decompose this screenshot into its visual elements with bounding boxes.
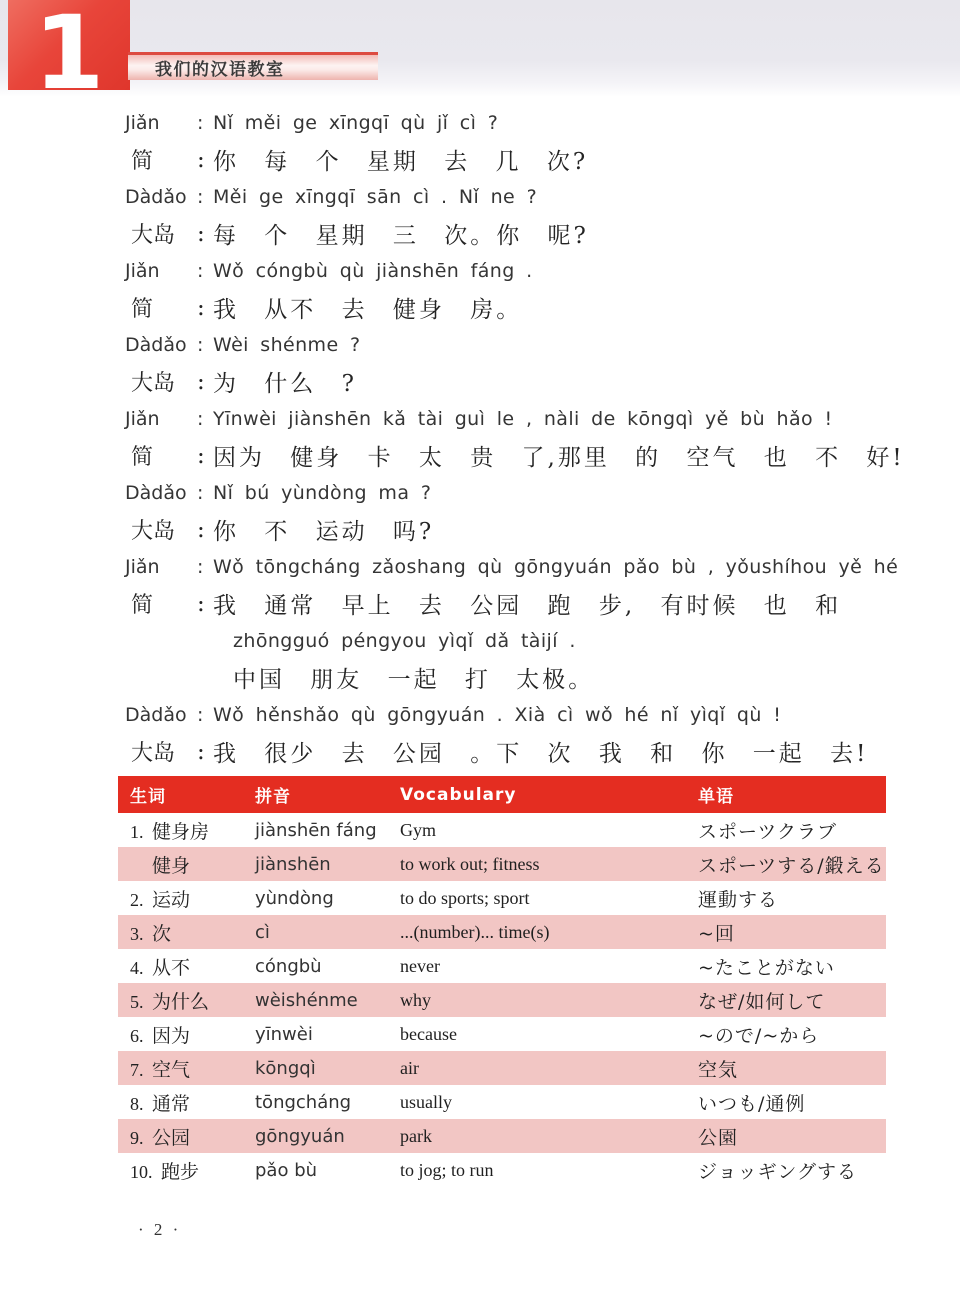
cell-word: 8. 通常: [118, 1085, 243, 1119]
textbook-page: 1 我们的汉语教室 Jiǎn:Nǐ měi ge xīngqī qù jǐ cì…: [0, 0, 960, 1299]
dialogue-line: Jiǎn:Wǒ tōngcháng zǎoshang qù gōngyuán p…: [125, 548, 895, 585]
speaker-label: Jiǎn: [125, 112, 197, 134]
word-number: 9.: [130, 1128, 152, 1148]
cell-vocab: usually: [388, 1085, 686, 1119]
cell-vocab: park: [388, 1119, 686, 1153]
dialogue-line: Jiǎn:Yīnwèi jiànshēn kǎ tài guì le , nàl…: [125, 400, 895, 437]
cell-pinyin: pǎo bù: [243, 1153, 388, 1187]
speaker-label: Jiǎn: [125, 556, 197, 578]
dialogue-text: 你 每 个 星期 去 几 次?: [213, 143, 895, 176]
vocab-row: 2. 运动yùndòngto do sports; sport運動する: [118, 881, 886, 915]
dialogue-text: Nǐ bú yùndòng ma ?: [213, 482, 895, 504]
dialogue-text: 你 不 运动 吗?: [213, 513, 895, 546]
word-hanzi: 公园: [152, 1127, 190, 1149]
vocab-header-cell: 生词: [118, 776, 243, 813]
vocab-header-cell: 拼音: [243, 776, 388, 813]
cell-word: 5. 为什么: [118, 983, 243, 1017]
page-number: · 2 ·: [138, 1220, 181, 1239]
cell-pinyin: tōngcháng: [243, 1085, 388, 1119]
dialogue-text: 中国 朋友 一起 打 太极。: [213, 661, 895, 694]
cell-pinyin: cì: [243, 915, 388, 949]
dialogue-line: Dàdǎo:Wǒ hěnshǎo qù gōngyuán . Xià cì wǒ…: [125, 696, 895, 733]
colon-separator: :: [197, 186, 213, 208]
word-hanzi: 从不: [152, 957, 190, 979]
vocab-row: 10. 跑步pǎo bùto jog; to runジョッギングする: [118, 1153, 886, 1187]
cell-japanese: 公園: [686, 1119, 886, 1153]
vocab-row: 9. 公园gōngyuánpark公園: [118, 1119, 886, 1153]
scan-shading-band: [0, 0, 960, 97]
speaker-label: 大岛: [125, 514, 197, 545]
word-hanzi: 运动: [152, 889, 190, 911]
word-hanzi: 健身房: [152, 821, 209, 843]
cell-word: 6. 因为: [118, 1017, 243, 1051]
word-number: 3.: [130, 924, 152, 944]
chapter-number-box: 1: [8, 0, 130, 90]
chapter-title-bar: 我们的汉语教室: [128, 52, 378, 80]
cell-word: 7. 空气: [118, 1051, 243, 1085]
colon-separator: :: [197, 369, 213, 395]
cell-pinyin: wèishénme: [243, 983, 388, 1017]
cell-japanese: いつも/通例: [686, 1085, 886, 1119]
dialogue-text: Wèi shénme ?: [213, 334, 895, 356]
cell-vocab: ...(number)... time(s): [388, 915, 686, 949]
word-number: 6.: [130, 1026, 152, 1046]
cell-pinyin: yīnwèi: [243, 1017, 388, 1051]
vocab-row: 3. 次cì...(number)... time(s)~回: [118, 915, 886, 949]
dialogue-line: 简:因为 健身 卡 太 贵 了,那里 的 空气 也 不 好!: [125, 437, 895, 474]
cell-word: 2. 运动: [118, 881, 243, 915]
vocab-table-wrap: 生词拼音Vocabulary单语 1. 健身房jiànshēn fángGymス…: [118, 776, 886, 1187]
dialogue-line: 简:我 从不 去 健身 房。: [125, 289, 895, 326]
dialogue-text: Měi ge xīngqī sān cì . Nǐ ne ?: [213, 186, 895, 208]
cell-vocab: never: [388, 949, 686, 983]
cell-japanese: ジョッギングする: [686, 1153, 886, 1187]
speaker-label: 简: [125, 440, 197, 471]
cell-japanese: なぜ/如何して: [686, 983, 886, 1017]
cell-pinyin: kōngqì: [243, 1051, 388, 1085]
word-hanzi: 通常: [152, 1093, 190, 1115]
cell-vocab: to do sports; sport: [388, 881, 686, 915]
dialogue-line: 大岛:每 个 星期 三 次。你 呢?: [125, 215, 895, 252]
dialogue-text: 为 什么 ?: [213, 365, 895, 398]
dialogue-line: 简:你 每 个 星期 去 几 次?: [125, 141, 895, 178]
dialogue-text: 因为 健身 卡 太 贵 了,那里 的 空气 也 不 好!: [213, 439, 905, 472]
cell-japanese: ~たことがない: [686, 949, 886, 983]
speaker-label: 简: [125, 144, 197, 175]
speaker-label: Dàdǎo: [125, 704, 197, 726]
word-number: 5.: [130, 992, 152, 1012]
colon-separator: :: [197, 443, 213, 469]
vocab-table-header-row: 生词拼音Vocabulary单语: [118, 776, 886, 813]
cell-word: 10. 跑步: [118, 1153, 243, 1187]
dialogue-text: 我 很少 去 公园 。下 次 我 和 你 一起 去!: [213, 735, 895, 768]
speaker-label: Dàdǎo: [125, 334, 197, 356]
dialogue-text: 我 从不 去 健身 房。: [213, 291, 895, 324]
speaker-label: Jiǎn: [125, 408, 197, 430]
dialogue-text: 我 通常 早上 去 公园 跑 步, 有时候 也 和: [213, 587, 895, 620]
cell-japanese: スポーツする/鍛える: [686, 847, 886, 881]
dialogue-line: 简:我 通常 早上 去 公园 跑 步, 有时候 也 和: [125, 585, 895, 622]
dialogue-text: Nǐ měi ge xīngqī qù jǐ cì ?: [213, 112, 895, 134]
cell-vocab: to jog; to run: [388, 1153, 686, 1187]
vocab-row: 1. 健身房jiànshēn fángGymスポーツクラブ: [118, 813, 886, 847]
cell-word: 4. 从不: [118, 949, 243, 983]
cell-vocab: because: [388, 1017, 686, 1051]
cell-vocab: air: [388, 1051, 686, 1085]
cell-vocab: Gym: [388, 813, 686, 847]
vocab-header-cell: 单语: [686, 776, 886, 813]
colon-separator: :: [197, 517, 213, 543]
cell-japanese: 運動する: [686, 881, 886, 915]
colon-separator: :: [197, 482, 213, 504]
chapter-title: 我们的汉语教室: [128, 55, 285, 80]
colon-separator: :: [197, 147, 213, 173]
dialogue-line: 大岛:为 什么 ?: [125, 363, 895, 400]
cell-pinyin: cóngbù: [243, 949, 388, 983]
cell-japanese: ~ので/~から: [686, 1017, 886, 1051]
dialogue-line: Jiǎn:Wǒ cóngbù qù jiànshēn fáng .: [125, 252, 895, 289]
vocab-row: 4. 从不cóngbùnever~たことがない: [118, 949, 886, 983]
cell-pinyin: gōngyuán: [243, 1119, 388, 1153]
dialogue-line: zhōngguó péngyou yìqǐ dǎ tàijí .: [125, 622, 895, 659]
dialogue-line: Dàdǎo:Nǐ bú yùndòng ma ?: [125, 474, 895, 511]
word-number: 2.: [130, 890, 152, 910]
dialogue-line: Dàdǎo:Wèi shénme ?: [125, 326, 895, 363]
page-footer: · 2 ·: [138, 1220, 181, 1240]
word-hanzi: 次: [152, 923, 171, 945]
speaker-label: Dàdǎo: [125, 186, 197, 208]
cell-word: 健身: [118, 847, 243, 881]
cell-pinyin: jiànshēn fáng: [243, 813, 388, 847]
speaker-label: Dàdǎo: [125, 482, 197, 504]
colon-separator: :: [197, 408, 213, 430]
colon-separator: :: [197, 221, 213, 247]
dialogue-line: 中国 朋友 一起 打 太极。: [125, 659, 895, 696]
word-hanzi: 因为: [152, 1025, 190, 1047]
word-hanzi: 健身: [152, 855, 190, 877]
dialogue-text: Yīnwèi jiànshēn kǎ tài guì le , nàli de …: [213, 408, 895, 430]
word-hanzi: 空气: [152, 1059, 190, 1081]
dialogue-line: Dàdǎo:Měi ge xīngqī sān cì . Nǐ ne ?: [125, 178, 895, 215]
cell-word: 9. 公园: [118, 1119, 243, 1153]
colon-separator: :: [197, 739, 213, 765]
speaker-label: 大岛: [125, 366, 197, 397]
dialogue-section: Jiǎn:Nǐ měi ge xīngqī qù jǐ cì ?简:你 每 个 …: [125, 104, 895, 770]
speaker-label: Jiǎn: [125, 260, 197, 282]
chapter-number: 1: [34, 12, 105, 96]
dialogue-text: zhōngguó péngyou yìqǐ dǎ tàijí .: [213, 630, 895, 652]
cell-vocab: why: [388, 983, 686, 1017]
colon-separator: :: [197, 112, 213, 134]
word-number: 1.: [130, 822, 152, 842]
speaker-label: 大岛: [125, 736, 197, 767]
colon-separator: :: [197, 295, 213, 321]
cell-japanese: スポーツクラブ: [686, 813, 886, 847]
dialogue-text: Wǒ tōngcháng zǎoshang qù gōngyuán pǎo bù…: [213, 556, 898, 578]
speaker-label: 简: [125, 588, 197, 619]
colon-separator: :: [197, 591, 213, 617]
vocab-row: 6. 因为yīnwèibecause~ので/~から: [118, 1017, 886, 1051]
cell-japanese: ~回: [686, 915, 886, 949]
word-number: 8.: [130, 1094, 152, 1114]
word-hanzi: 跑步: [161, 1161, 199, 1183]
cell-pinyin: jiànshēn: [243, 847, 388, 881]
word-number: 10.: [130, 1162, 161, 1182]
cell-japanese: 空気: [686, 1051, 886, 1085]
colon-separator: :: [197, 704, 213, 726]
vocab-row: 8. 通常tōngchángusuallyいつも/通例: [118, 1085, 886, 1119]
dialogue-line: 大岛:我 很少 去 公园 。下 次 我 和 你 一起 去!: [125, 733, 895, 770]
dialogue-text: 每 个 星期 三 次。你 呢?: [213, 217, 895, 250]
dialogue-line: 大岛:你 不 运动 吗?: [125, 511, 895, 548]
vocab-row: 5. 为什么wèishénmewhyなぜ/如何して: [118, 983, 886, 1017]
colon-separator: :: [197, 334, 213, 356]
vocab-row: 健身jiànshēnto work out; fitnessスポーツする/鍛える: [118, 847, 886, 881]
cell-pinyin: yùndòng: [243, 881, 388, 915]
speaker-label: 大岛: [125, 218, 197, 249]
dialogue-line: Jiǎn:Nǐ měi ge xīngqī qù jǐ cì ?: [125, 104, 895, 141]
dialogue-text: Wǒ cóngbù qù jiànshēn fáng .: [213, 260, 895, 282]
vocab-row: 7. 空气kōngqìair空気: [118, 1051, 886, 1085]
colon-separator: :: [197, 556, 213, 578]
cell-vocab: to work out; fitness: [388, 847, 686, 881]
cell-word: 1. 健身房: [118, 813, 243, 847]
cell-word: 3. 次: [118, 915, 243, 949]
dialogue-text: Wǒ hěnshǎo qù gōngyuán . Xià cì wǒ hé nǐ…: [213, 704, 895, 726]
vocab-header-cell: Vocabulary: [388, 776, 686, 813]
word-hanzi: 为什么: [152, 991, 209, 1013]
word-number: 7.: [130, 1060, 152, 1080]
colon-separator: :: [197, 260, 213, 282]
speaker-label: 简: [125, 292, 197, 323]
vocab-table: 生词拼音Vocabulary单语 1. 健身房jiànshēn fángGymス…: [118, 776, 886, 1187]
word-number: 4.: [130, 958, 152, 978]
